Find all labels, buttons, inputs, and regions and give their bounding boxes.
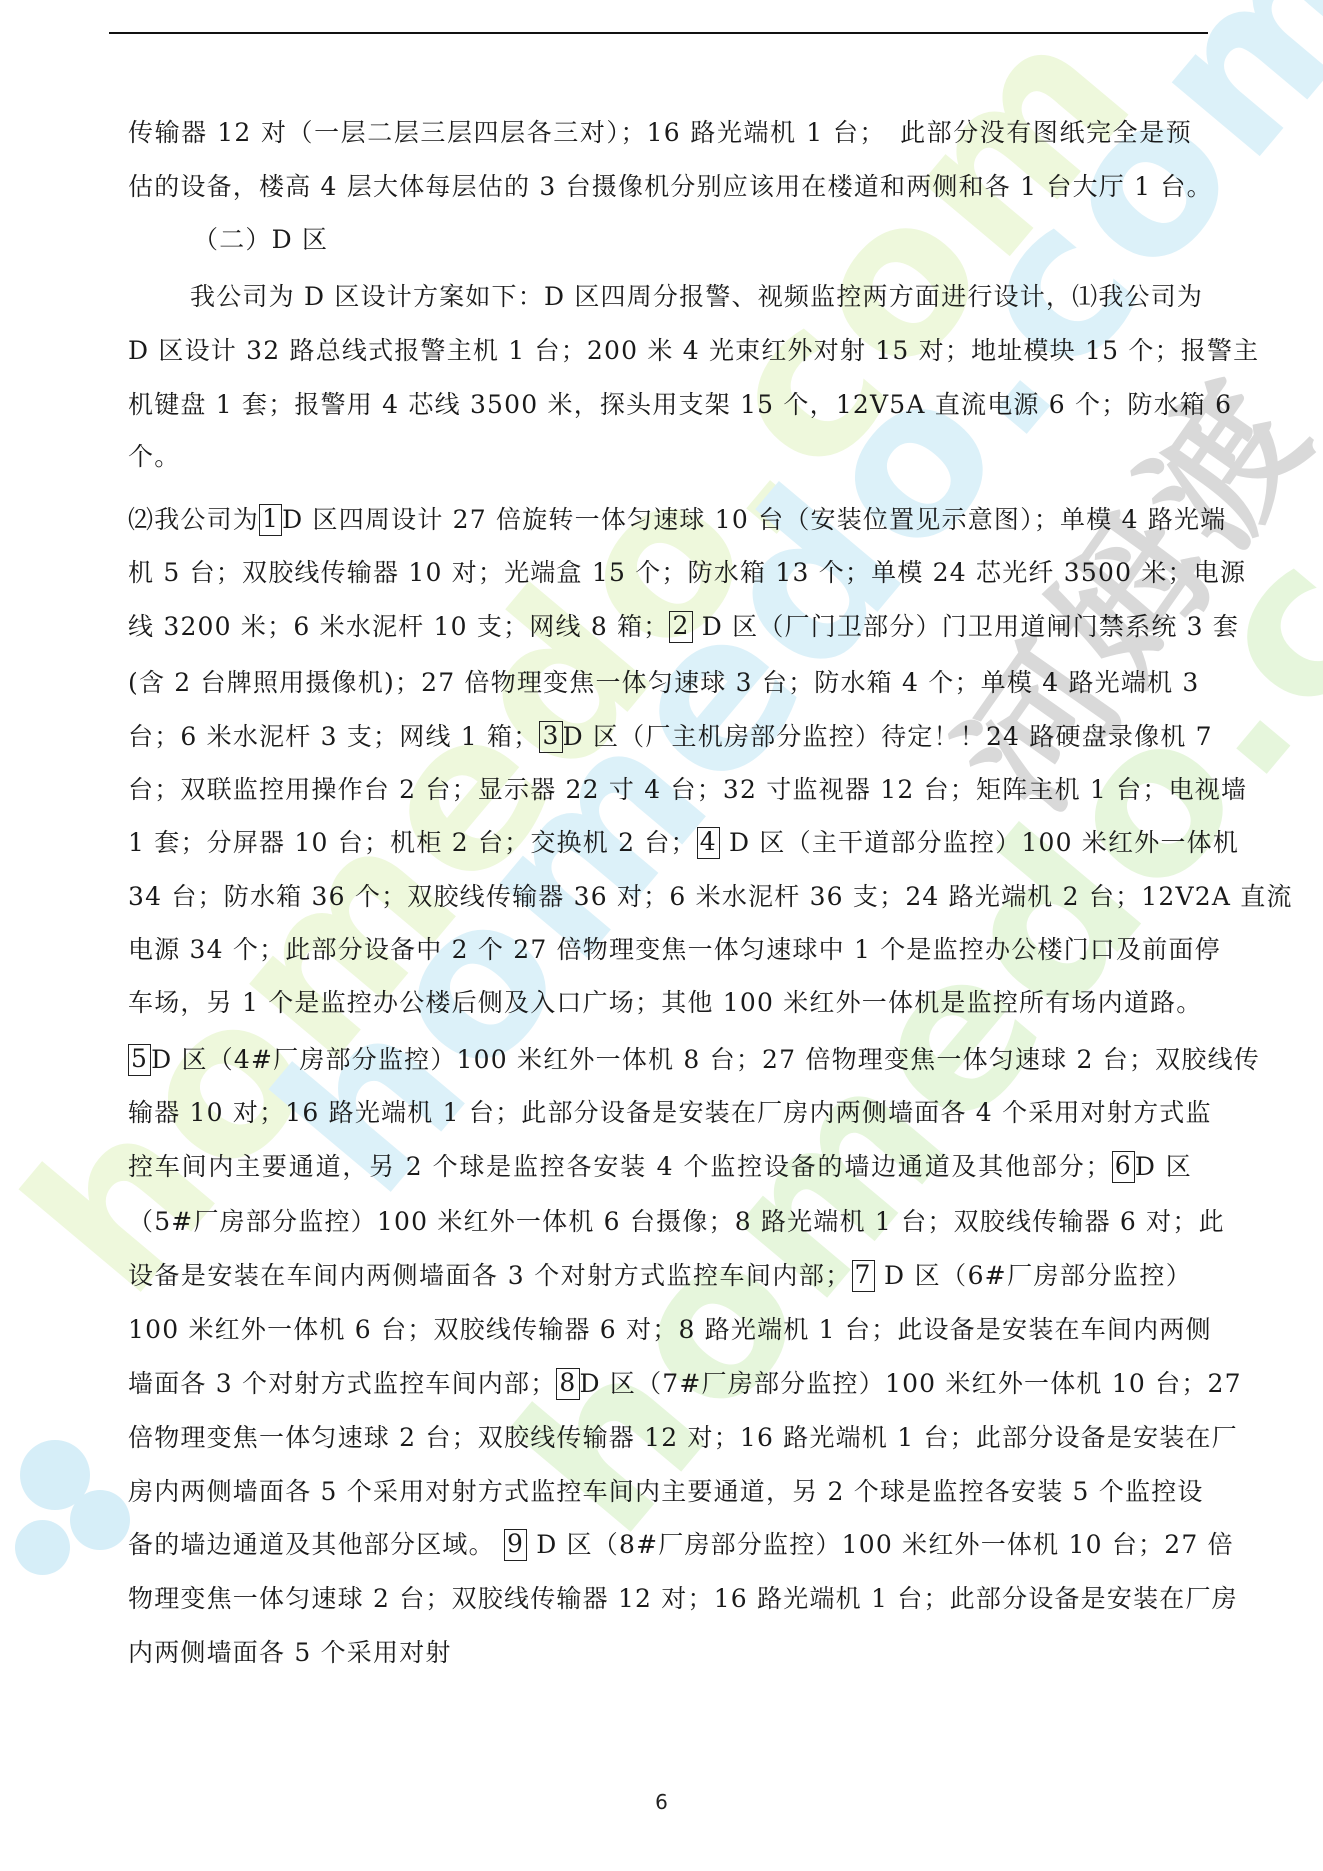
text-span: 控车间内主要通道，另 2 个球是监控各安装 4 个监控设备的墙边通道及其他部分； [128,1152,1112,1181]
text-line: 内两侧墙面各 5 个采用对射 [128,1637,1192,1669]
item-number-box: 1 [259,504,282,536]
text-span: D 区（8#厂房部分监控）100 米红外一体机 10 台；27 倍 [527,1530,1234,1559]
text-span: D 区（6#厂房部分监控） [875,1261,1192,1290]
text-span: D 区（4#厂房部分监控）100 米红外一体机 8 台；27 倍物理变焦一体匀速… [151,1045,1260,1074]
item-number-box: 7 [852,1260,875,1292]
text-line: 房内两侧墙面各 5 个采用对射方式监控车间内主要通道，另 2 个球是监控各安装 … [128,1476,1192,1508]
watermark-logo-icon [70,1490,130,1550]
item-number-box: 3 [539,721,562,753]
text-line: 物理变焦一体匀速球 2 台；双胶线传输器 12 对；16 路光端机 1 台；此部… [128,1583,1192,1615]
text-line: （5#厂房部分监控）100 米红外一体机 6 台摄像；8 路光端机 1 台；双胶… [128,1206,1192,1238]
text-line: 倍物理变焦一体匀速球 2 台；双胶线传输器 12 对；16 路光端机 1 台；此… [128,1422,1192,1454]
text-span: 1 套；分屏器 10 台；机柜 2 台；交换机 2 台； [128,828,697,857]
text-line: 车场，另 1 个是监控办公楼后侧及入口广场；其他 100 米红外一体机是监控所有… [128,987,1192,1019]
text-line: 传输器 12 对（一层二层三层四层各三对）；16 路光端机 1 台； 此部分没有… [128,117,1192,149]
text-line: (含 2 台牌照用摄像机)；27 倍物理变焦一体匀速球 3 台；防水箱 4 个；… [128,667,1192,699]
text-line: 墙面各 3 个对射方式监控车间内部；8D 区（7#厂房部分监控）100 米红外一… [128,1368,1192,1400]
text-line: 100 米红外一体机 6 台；双胶线传输器 6 对；8 路光端机 1 台；此设备… [128,1314,1192,1346]
text-span: D 区（厂主机房部分监控）待定！！24 路硬盘录像机 7 [563,722,1213,751]
text-line: 个。 [128,441,1192,473]
text-line: 设备是安装在车间内两侧墙面各 3 个对射方式监控车间内部；7 D 区（6#厂房部… [128,1260,1192,1292]
text-line: 台；6 米水泥杆 3 支；网线 1 箱； 3 D 区（厂主机房部分监控）待定！！… [128,721,1192,753]
page-number: 6 [0,1790,1323,1814]
text-line: ⑵我公司为1D 区四周设计 27 倍旋转一体匀速球 10 台（安装位置见示意图）… [128,504,1192,536]
text-span: D 区（厂门卫部分）门卫用道闸门禁系统 3 套 [693,612,1240,641]
text-line: 估的设备，楼高 4 层大体每层估的 3 台摄像机分别应该用在楼道和两侧和各 1 … [128,171,1192,203]
text-line: 5D 区（4#厂房部分监控）100 米红外一体机 8 台；27 倍物理变焦一体匀… [128,1044,1192,1076]
item-number-box: 5 [128,1044,151,1076]
text-line: 控车间内主要通道，另 2 个球是监控各安装 4 个监控设备的墙边通道及其他部分；… [128,1151,1192,1183]
text-line: 机键盘 1 套；报警用 4 芯线 3500 米，探头用支架 15 个，12V5A… [128,389,1192,421]
item-number-box: 9 [504,1529,527,1561]
text-span: 墙面各 3 个对射方式监控车间内部； [128,1369,556,1398]
text-span: D 区（7#厂房部分监控）100 米红外一体机 10 台；27 [580,1369,1242,1398]
text-span: D 区 [1135,1152,1192,1181]
section-heading: （二）D 区 [193,224,1195,256]
text-line: 机 5 台；双胶线传输器 10 对；光端盒 15 个；防水箱 13 个；单模 2… [128,557,1192,589]
text-span: D 区四周设计 27 倍旋转一体匀速球 10 台（安装位置见示意图）；单模 4 … [282,505,1226,534]
document-page: homedo.com homedo.com homedo.com 河姆渡 传输器… [0,0,1323,1871]
item-number-box: 4 [697,827,720,859]
text-line: 我公司为 D 区设计方案如下：D 区四周分报警、视频监控两方面进行设计，⑴我公司… [190,281,1192,313]
item-number-box: 8 [556,1368,579,1400]
text-line: D 区设计 32 路总线式报警主机 1 台；200 米 4 光束红外对射 15 … [128,335,1192,367]
text-line: 线 3200 米；6 米水泥杆 10 支；网线 8 箱；2 D 区（厂门卫部分）… [128,611,1192,643]
text-line: 输器 10 对；16 路光端机 1 台；此部分设备是安装在厂房内两侧墙面各 4 … [128,1097,1192,1129]
text-span: 台；6 米水泥杆 3 支；网线 1 箱； [128,722,539,751]
text-line: 电源 34 个；此部分设备中 2 个 27 倍物理变焦一体匀速球中 1 个是监控… [128,934,1192,966]
text-span: 备的墙边通道及其他部分区域。 [128,1530,504,1559]
text-line: 1 套；分屏器 10 台；机柜 2 台；交换机 2 台；4 D 区（主干道部分监… [128,827,1192,859]
item-number-box: 2 [669,611,692,643]
text-span: ⑵我公司为 [128,505,259,534]
header-rule [109,32,1208,34]
text-span: 设备是安装在车间内两侧墙面各 3 个对射方式监控车间内部； [128,1261,852,1290]
item-number-box: 6 [1112,1151,1135,1183]
text-line: 备的墙边通道及其他部分区域。 9 D 区（8#厂房部分监控）100 米红外一体机… [128,1529,1192,1561]
watermark-logo-icon [15,1520,70,1575]
text-line: 34 台；防水箱 36 个；双胶线传输器 36 对；6 米水泥杆 36 支；24… [128,881,1192,913]
text-line: 台；双联监控用操作台 2 台；显示器 22 寸 4 台；32 寸监视器 12 台… [128,774,1192,806]
text-span: D 区（主干道部分监控）100 米红外一体机 [720,828,1239,857]
text-span: 线 3200 米；6 米水泥杆 10 支；网线 8 箱； [128,612,669,641]
